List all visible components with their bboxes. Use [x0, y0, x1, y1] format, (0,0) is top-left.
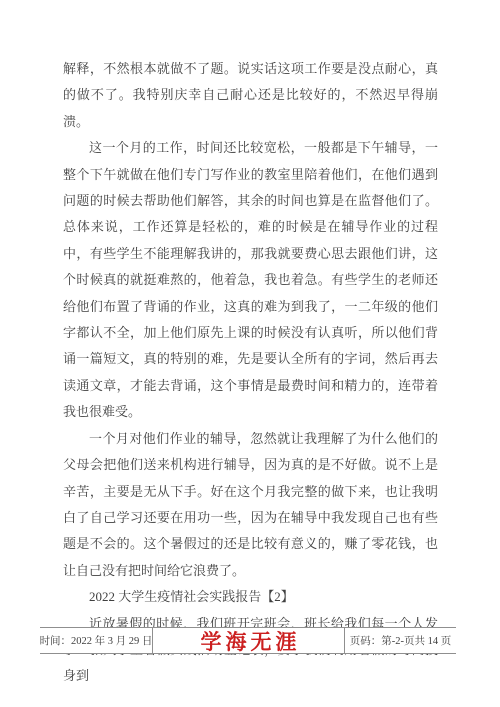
footer-watermark: 学海无涯	[153, 628, 345, 653]
paragraph: 这一个月的工作，时间还比较宽松，一般都是下午辅导，一整个下午就做在他们专门写作业…	[63, 135, 438, 425]
document-page: 解释，不然根本就做不了题。说实话这项工作要是没点耐心，真的做不了。我特别庆幸自己…	[0, 0, 500, 707]
document-body: 解释，不然根本就做不了题。说实话这项工作要是没点耐心，真的做不了。我特别庆幸自己…	[63, 56, 438, 690]
page-footer: 时间：2022 年 3 月 29 日 学海无涯 页码：第-2-页共 14 页	[40, 627, 456, 654]
paragraph-continuation: 解释，不然根本就做不了题。说实话这项工作要是没点耐心，真的做不了。我特别庆幸自己…	[63, 56, 438, 135]
section-heading: 2022 大学生疫情社会实践报告【2】	[63, 584, 438, 610]
footer-date: 时间：2022 年 3 月 29 日	[40, 628, 153, 653]
footer-page-number: 页码：第-2-页共 14 页	[345, 628, 456, 653]
paragraph: 一个月对他们作业的辅导，忽然就让我理解了为什么他们的父母会把他们送来机构进行辅导…	[63, 426, 438, 584]
